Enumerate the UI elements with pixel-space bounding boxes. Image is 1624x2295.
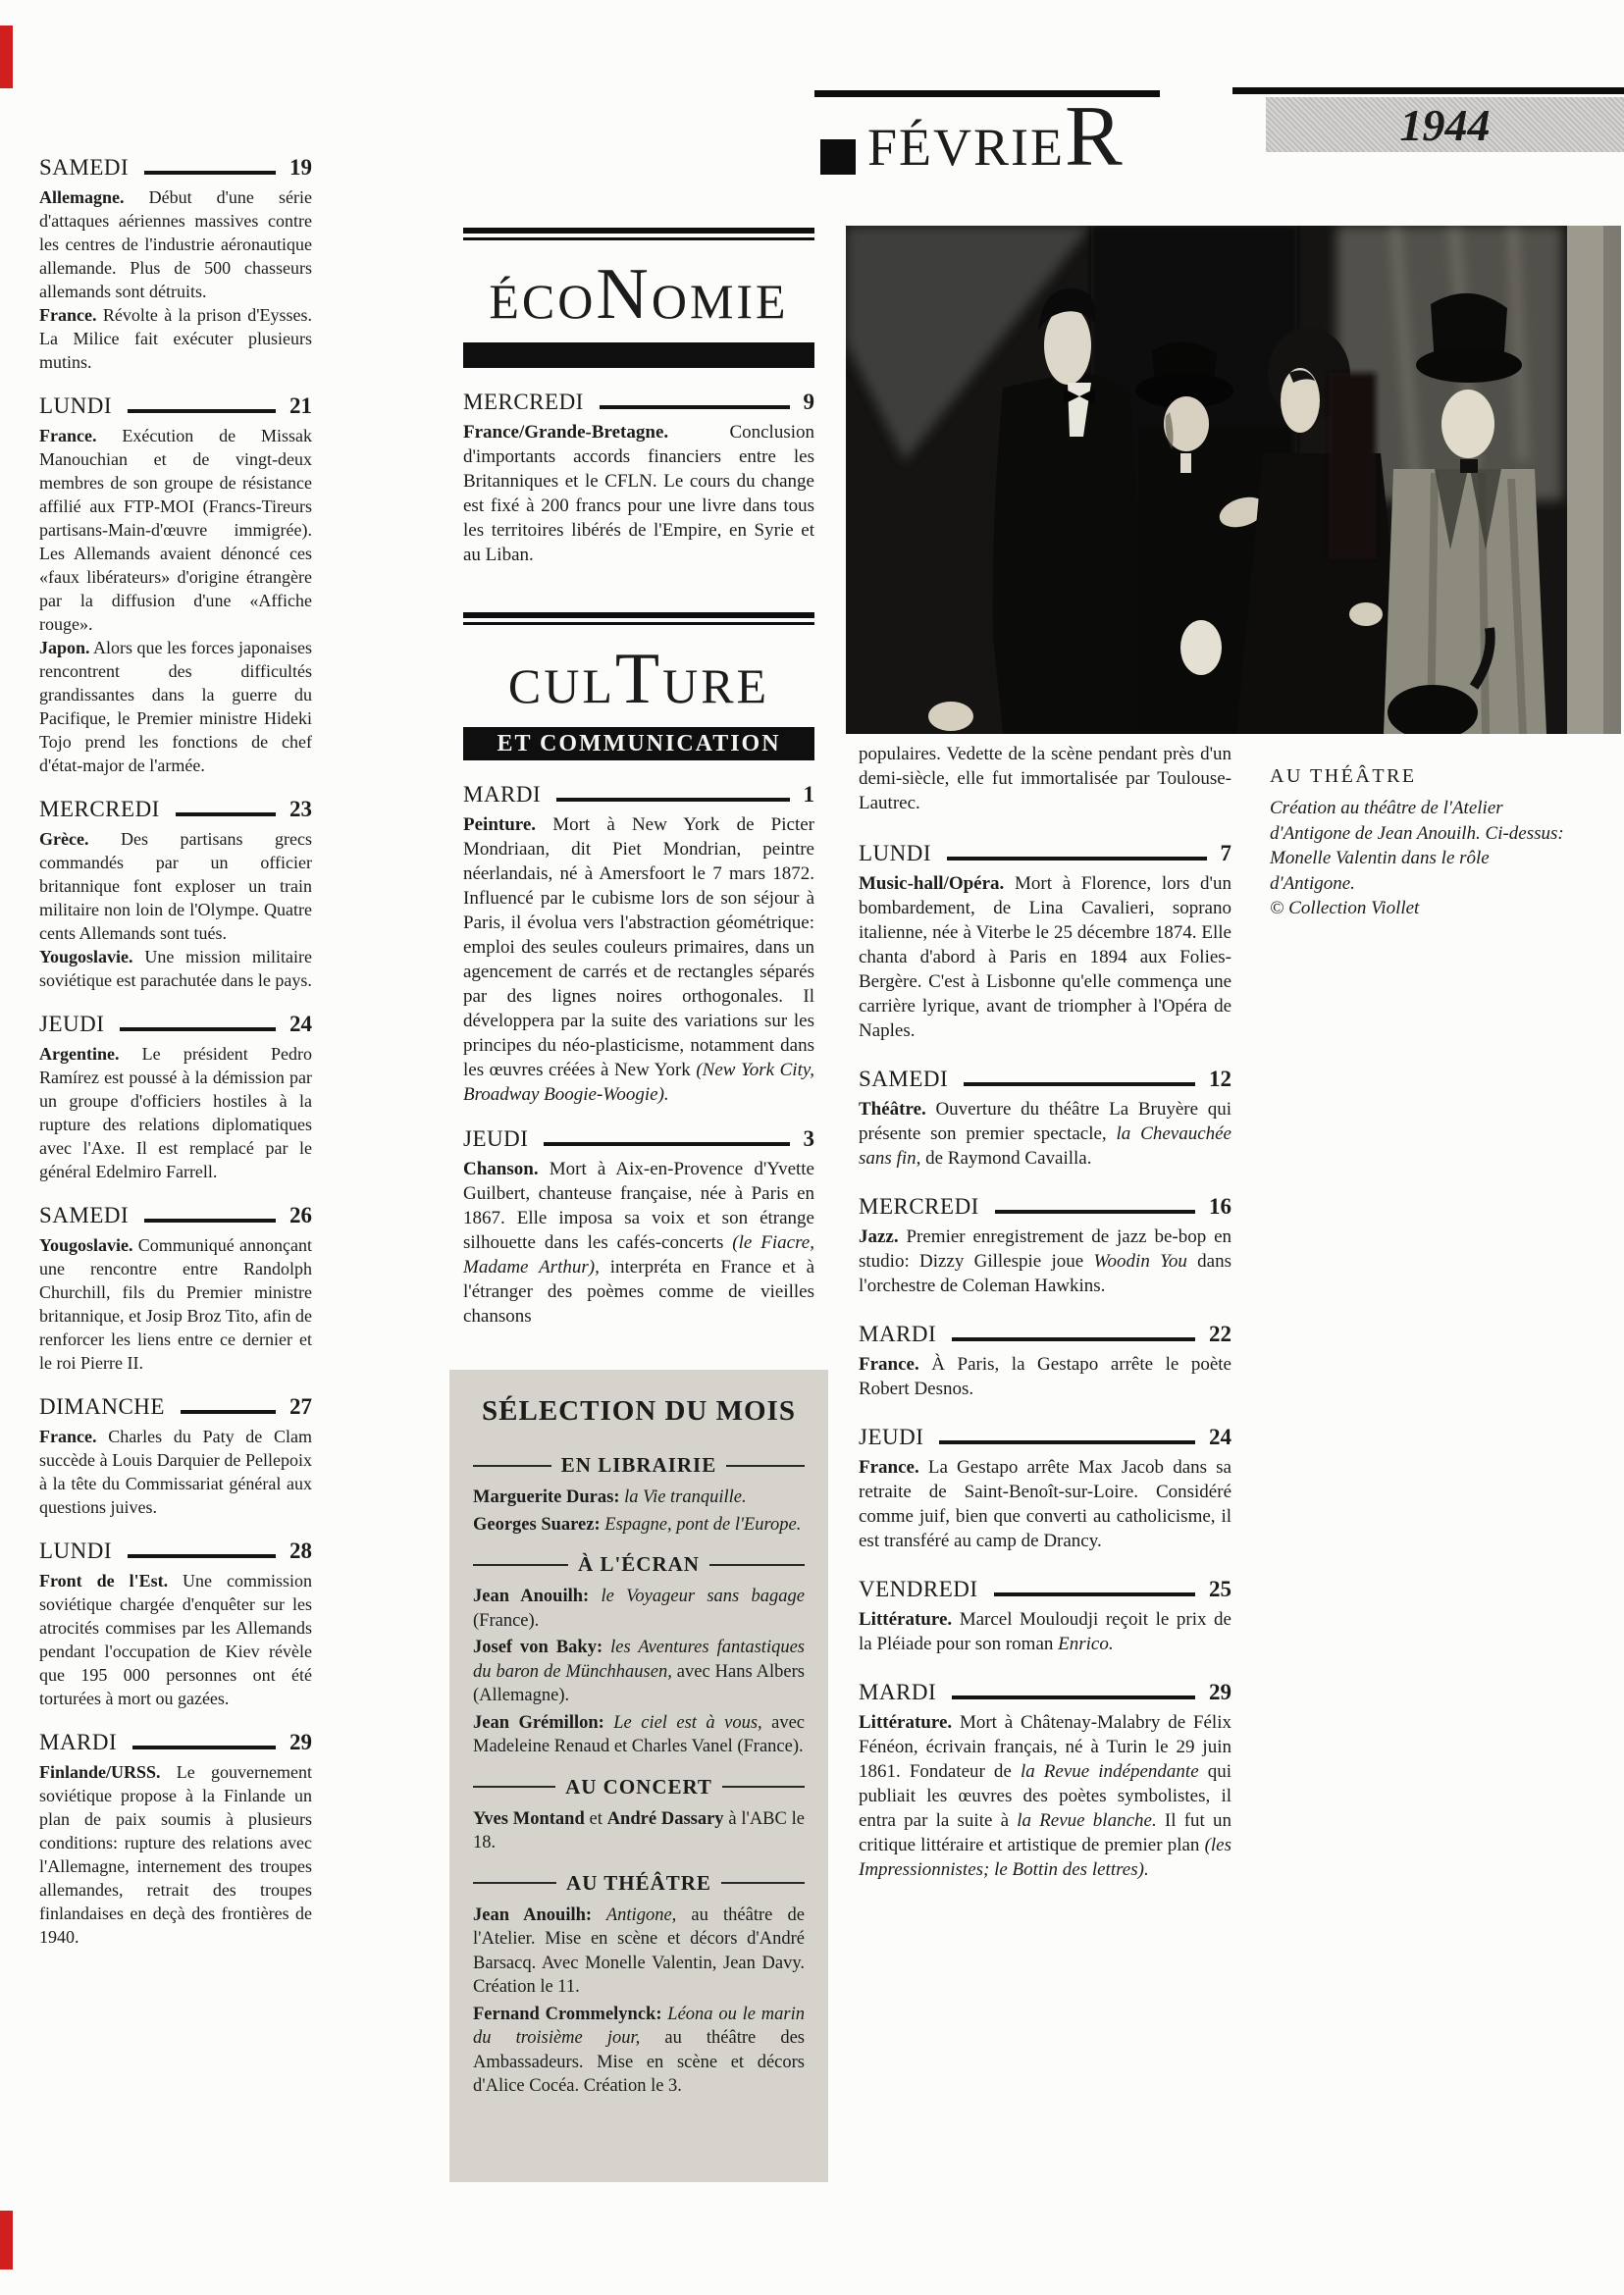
entry-head: SAMEDI19 (39, 155, 312, 181)
text-segment: Conclusion d'importants accords financie… (463, 422, 814, 565)
entry-head: MARDI29 (39, 1730, 312, 1755)
photo-caption: AU THÉÂTRE Création au théâtre de l'Atel… (1270, 765, 1570, 921)
theatre-photo-illustration (846, 226, 1621, 734)
entry-date-number: 25 (1209, 1577, 1231, 1602)
entry-rule (128, 409, 276, 413)
entry-day: SAMEDI (39, 155, 129, 181)
red-edge-mark-top (0, 26, 13, 88)
caption-credit: © Collection Viollet (1270, 896, 1570, 921)
heading-rule (726, 1465, 805, 1467)
text-segment: France. (39, 426, 96, 445)
text-segment: Théâtre. (859, 1099, 926, 1120)
calendar-entry: MARDI1Peinture. Mort à New York de Picte… (463, 782, 814, 1107)
paragraph: Argentine. Le président Pedro Ramírez es… (39, 1042, 312, 1183)
text-segment: Enrico. (1058, 1634, 1113, 1654)
entry-list: MARDI1Peinture. Mort à New York de Picte… (463, 782, 814, 1329)
text-segment: Yougoslavie. (39, 1235, 133, 1255)
text-segment: Finlande/URSS. (39, 1762, 161, 1782)
paragraph: France. La Gestapo arrête Max Jacob dans… (859, 1455, 1231, 1553)
entry-date-number: 3 (804, 1126, 815, 1152)
calendar-entry: JEUDI24France. La Gestapo arrête Max Jac… (859, 1425, 1231, 1553)
selection-section-heading: AU CONCERT (473, 1775, 805, 1799)
calendar-entry: LUNDI7Music-hall/Opéra. Mort à Florence,… (859, 841, 1231, 1043)
paragraph: France. À Paris, la Gestapo arrête le po… (859, 1352, 1231, 1401)
entry-rule (964, 1082, 1195, 1086)
heading-rule (721, 1882, 805, 1884)
paragraph: France. Charles du Paty de Clam succède … (39, 1425, 312, 1519)
text-segment: la Revue indépendante (1021, 1761, 1199, 1782)
entry-rule (128, 1554, 276, 1558)
entry-date-number: 27 (289, 1394, 312, 1420)
entry-date-number: 24 (1209, 1425, 1231, 1450)
text-segment: Communiqué annonçant une rencontre entre… (39, 1235, 312, 1373)
selection-title: SÉLECTION DU MOIS (473, 1395, 805, 1428)
text-segment: Josef von Baky: (473, 1638, 602, 1657)
paragraph: Front de l'Est. Une commission soviétiqu… (39, 1569, 312, 1710)
text-segment: Yves Montand (473, 1809, 585, 1829)
entry-head: MARDI22 (859, 1322, 1231, 1347)
text-segment: Antigone, (592, 1905, 676, 1925)
paragraph: Jean Grémillon: Le ciel est à vous, avec… (473, 1711, 805, 1759)
heading-rule (722, 1786, 805, 1788)
entry-head: SAMEDI26 (39, 1203, 312, 1228)
text-segment: Littérature. (859, 1609, 952, 1630)
entry-date-number: 21 (289, 393, 312, 419)
entry-date-number: 29 (289, 1730, 312, 1755)
entry-head: JEUDI24 (39, 1012, 312, 1037)
text-segment: Création au théâtre de l'Atelier d'Antig… (1270, 798, 1564, 894)
entry-date-number: 29 (1209, 1680, 1231, 1705)
entry-head: LUNDI21 (39, 393, 312, 419)
caption-heading: AU THÉÂTRE (1270, 765, 1570, 788)
economie-section-header: ÉCONOMIE (463, 228, 814, 368)
continuation-paragraph: populaires. Vedette de la scène pendant … (859, 742, 1231, 815)
caption-text: Création au théâtre de l'Atelier d'Antig… (1270, 796, 1570, 896)
text-segment: Japon. (39, 638, 90, 657)
month-title: FÉVRIE R (820, 94, 1123, 181)
red-edge-mark-bottom (0, 2211, 13, 2269)
text-segment: Marguerite Duras: (473, 1487, 620, 1507)
entry-date-number: 26 (289, 1203, 312, 1228)
paragraph: Littérature. Mort à Châtenay-Malabry de … (859, 1710, 1231, 1882)
text-segment: Yougoslavie. (39, 947, 133, 966)
calendar-entry: LUNDI21France. Exécution de Missak Manou… (39, 393, 312, 777)
text-segment: Woodin You (1093, 1251, 1186, 1272)
paragraph: Marguerite Duras: la Vie tranquille. (473, 1486, 805, 1510)
calendar-entry: MERCREDI9France/Grande-Bretagne. Conclus… (463, 390, 814, 567)
paragraph: Yougoslavie. Communiqué annonçant une re… (39, 1233, 312, 1375)
entry-date-number: 19 (289, 155, 312, 181)
entry-day: JEUDI (859, 1425, 923, 1450)
entry-date-number: 7 (1221, 841, 1232, 866)
entry-head: MERCREDI9 (463, 390, 814, 415)
month-name-big-letter: R (1065, 94, 1123, 181)
text-segment: France/Grande-Bretagne. (463, 422, 668, 443)
text-segment: (France). (473, 1611, 539, 1631)
calendar-entry: SAMEDI19Allemagne. Début d'une série d'a… (39, 155, 312, 374)
heading-label: À L'ÉCRAN (578, 1552, 700, 1577)
paragraph: Fernand Crommelynck: Léona ou le marin d… (473, 2003, 805, 2099)
heading-rule (709, 1564, 805, 1566)
entry-head: LUNDI28 (39, 1539, 312, 1564)
calendar-entry: JEUDI3Chanson. Mort à Aix-en-Provence d'… (463, 1126, 814, 1329)
paragraph: Peinture. Mort à New York de Picter Mond… (463, 812, 814, 1107)
entry-day: SAMEDI (39, 1203, 129, 1228)
heading-rule (473, 1564, 568, 1566)
entry-day: MARDI (859, 1322, 936, 1347)
text-segment: France. (859, 1457, 919, 1478)
text-segment: Mort à Florence, lors d'un bombardement,… (859, 873, 1231, 1041)
text-segment: la Revue blanche. (1017, 1810, 1156, 1831)
entry-date-number: 28 (289, 1539, 312, 1564)
calendar-entry: LUNDI28Front de l'Est. Une commission so… (39, 1539, 312, 1710)
entry-date-number: 9 (804, 390, 815, 415)
text-segment: © Collection Viollet (1270, 898, 1419, 918)
calendar-entry: SAMEDI12Théâtre. Ouverture du théâtre La… (859, 1067, 1231, 1171)
text-segment: Fernand Crommelynck: (473, 2005, 662, 2024)
entry-head: JEUDI3 (463, 1126, 814, 1152)
entry-rule (939, 1440, 1195, 1444)
header-rule-right (1232, 87, 1624, 94)
entry-head: MARDI1 (463, 782, 814, 808)
calendar-entry: JEUDI24Argentine. Le président Pedro Ram… (39, 1012, 312, 1183)
entry-day: JEUDI (463, 1126, 528, 1152)
entry-rule (556, 798, 789, 802)
double-rule (463, 228, 814, 240)
text-segment: Argentine. (39, 1044, 119, 1064)
text-segment: France. (39, 305, 96, 325)
entry-head: LUNDI7 (859, 841, 1231, 866)
entry-date-number: 23 (289, 797, 312, 822)
paragraph: France. Révolte à la prison d'Eysses. La… (39, 303, 312, 374)
text-segment: France. (859, 1354, 919, 1375)
entry-day: MARDI (463, 782, 541, 808)
calendar-entry: MARDI22France. À Paris, la Gestapo arrêt… (859, 1322, 1231, 1401)
text-segment: France. (39, 1427, 96, 1446)
calendar-entry: MARDI29Littérature. Mort à Châtenay-Mala… (859, 1680, 1231, 1882)
selection-section-heading: EN LIBRAIRIE (473, 1453, 805, 1478)
heading-rule (473, 1882, 556, 1884)
calendar-entry: DIMANCHE27France. Charles du Paty de Cla… (39, 1394, 312, 1519)
text-segment: Music-hall/Opéra. (859, 873, 1004, 894)
text-segment: Le ciel est à vous, (604, 1713, 762, 1733)
square-bullet-icon (820, 139, 856, 175)
selection-sections: EN LIBRAIRIEMarguerite Duras: la Vie tra… (473, 1453, 805, 2099)
text-segment: Jazz. (859, 1226, 899, 1247)
entry-day: SAMEDI (859, 1067, 948, 1092)
entry-head: DIMANCHE27 (39, 1394, 312, 1420)
selection-section: AU CONCERTYves Montand et André Dassary … (473, 1775, 805, 1855)
heading-label: AU THÉÂTRE (566, 1871, 711, 1896)
text-segment: et (585, 1809, 607, 1829)
entry-list: LUNDI7Music-hall/Opéra. Mort à Florence,… (859, 841, 1231, 1882)
calendar-entry: MERCREDI16Jazz. Premier enregistrement d… (859, 1194, 1231, 1298)
selection-section: AU THÉÂTREJean Anouilh: Antigone, au thé… (473, 1871, 805, 2099)
text-segment: de Raymond Cavailla. (920, 1148, 1091, 1169)
entry-rule (952, 1695, 1195, 1699)
text-segment: Alors que les forces japonaises rencontr… (39, 638, 312, 775)
month-name: FÉVRIE (867, 121, 1065, 174)
middle-column: ÉCONOMIE MERCREDI9France/Grande-Bretagne… (463, 155, 814, 2182)
entry-rule (120, 1027, 276, 1031)
culture-section-header: CULTURE ET COMMUNICATION (463, 612, 814, 760)
paragraph: France/Grande-Bretagne. Conclusion d'imp… (463, 420, 814, 567)
text-segment: Littérature. (859, 1712, 952, 1733)
paragraph: Yougoslavie. Une mission militaire sovié… (39, 945, 312, 992)
text-segment: André Dassary (607, 1809, 724, 1829)
heading-rule (473, 1786, 555, 1788)
entry-head: VENDREDI25 (859, 1577, 1231, 1602)
entry-day: LUNDI (39, 1539, 112, 1564)
entry-day: MERCREDI (39, 797, 160, 822)
entry-date-number: 22 (1209, 1322, 1231, 1347)
text-segment: Jean Anouilh: (473, 1587, 589, 1606)
paragraph: Chanson. Mort à Aix-en-Provence d'Yvette… (463, 1157, 814, 1329)
calendar-entry: MERCREDI23Grèce. Des partisans grecs com… (39, 797, 312, 992)
entry-day: JEUDI (39, 1012, 104, 1037)
text-segment: Allemagne. (39, 187, 124, 207)
entry-head: MERCREDI23 (39, 797, 312, 822)
selection-section-heading: AU THÉÂTRE (473, 1871, 805, 1896)
selection-section: EN LIBRAIRIEMarguerite Duras: la Vie tra… (473, 1453, 805, 1537)
paragraph: Jean Anouilh: Antigone, au théâtre de l'… (473, 1904, 805, 2000)
theatre-photograph (846, 226, 1621, 734)
selection-section-heading: À L'ÉCRAN (473, 1552, 805, 1577)
entry-head: SAMEDI12 (859, 1067, 1231, 1092)
paragraph: Jean Anouilh: le Voyageur sans bagage (F… (473, 1585, 805, 1633)
paragraph: Grèce. Des partisans grecs commandés par… (39, 827, 312, 945)
paragraph: Allemagne. Début d'une série d'attaques … (39, 185, 312, 303)
entry-date-number: 16 (1209, 1194, 1231, 1220)
text-segment: Mort à New York de Picter Mondriaan, dit… (463, 814, 814, 1080)
selection-du-mois-box: SÉLECTION DU MOIS EN LIBRAIRIEMarguerite… (449, 1370, 828, 2182)
calendar-entry: VENDREDI25Littérature. Marcel Mouloudji … (859, 1577, 1231, 1656)
text-segment: populaires. Vedette de la scène pendant … (859, 744, 1231, 813)
culture-title: CULTURE (463, 625, 814, 723)
entry-day: LUNDI (39, 393, 112, 419)
entry-day: LUNDI (859, 841, 931, 866)
entry-day: MERCREDI (463, 390, 584, 415)
text-segment: Chanson. (463, 1159, 539, 1179)
text-segment: Grèce. (39, 829, 88, 849)
entry-list: MERCREDI9France/Grande-Bretagne. Conclus… (463, 390, 814, 567)
entry-rule (144, 1219, 276, 1223)
paragraph: Finlande/URSS. Le gouvernement soviétiqu… (39, 1760, 312, 1949)
calendar-entry: SAMEDI26Yougoslavie. Communiqué annonçan… (39, 1203, 312, 1375)
double-rule (463, 612, 814, 625)
entry-rule (952, 1337, 1195, 1341)
left-column: SAMEDI19Allemagne. Début d'une série d'a… (39, 155, 312, 1968)
text-segment: Georges Suarez: (473, 1515, 601, 1535)
paragraph: Jazz. Premier enregistrement de jazz be-… (859, 1225, 1231, 1298)
paragraph: Georges Suarez: Espagne, pont de l'Europ… (473, 1513, 805, 1538)
paragraph: Théâtre. Ouverture du théâtre La Bruyère… (859, 1097, 1231, 1171)
economie-title: ÉCONOMIE (463, 240, 814, 339)
entry-rule (181, 1410, 276, 1414)
entry-day: DIMANCHE (39, 1394, 165, 1420)
paragraph: Josef von Baky: les Aventures fantastiqu… (473, 1636, 805, 1708)
entry-rule (176, 812, 276, 816)
entry-rule (947, 857, 1206, 861)
paragraph: Japon. Alors que les forces japonaises r… (39, 636, 312, 777)
paragraph: Music-hall/Opéra. Mort à Florence, lors … (859, 871, 1231, 1043)
heading-rule (473, 1465, 551, 1467)
selection-section: À L'ÉCRANJean Anouilh: le Voyageur sans … (473, 1552, 805, 1759)
text-segment: Front de l'Est. (39, 1571, 168, 1591)
entry-day: MARDI (859, 1680, 936, 1705)
year-label: 1944 (1400, 99, 1491, 151)
entry-rule (994, 1592, 1195, 1596)
text-segment: Jean Grémillon: (473, 1713, 604, 1733)
entry-rule (144, 171, 276, 175)
text-segment: la Vie tranquille. (620, 1487, 747, 1507)
text-segment: Le gouvernement soviétique propose à la … (39, 1762, 312, 1947)
text-segment: Une commission soviétique chargée d'enqu… (39, 1571, 312, 1708)
year-box: 1944 (1266, 97, 1624, 152)
culture-subtitle-bar: ET COMMUNICATION (463, 727, 814, 760)
paragraph: Littérature. Marcel Mouloudji reçoit le … (859, 1607, 1231, 1656)
entry-date-number: 1 (804, 782, 815, 808)
magazine-page: { "page": { "month_pre": "FÉVRIE", "mont… (0, 0, 1624, 2295)
black-bar (463, 342, 814, 368)
text-segment: Exécution de Missak Manouchian et de vin… (39, 426, 312, 634)
entry-rule (600, 405, 790, 409)
entry-list: SAMEDI19Allemagne. Début d'une série d'a… (39, 155, 312, 1949)
text-segment: Espagne, pont de l'Europe. (601, 1515, 802, 1535)
text-segment: le Voyageur sans bagage (589, 1587, 805, 1606)
entry-day: VENDREDI (859, 1577, 978, 1602)
entry-rule (544, 1142, 789, 1146)
calendar-entry: MARDI29Finlande/URSS. Le gouvernement so… (39, 1730, 312, 1949)
entry-head: MARDI29 (859, 1680, 1231, 1705)
entry-head: JEUDI24 (859, 1425, 1231, 1450)
entry-day: MERCREDI (859, 1194, 979, 1220)
entry-rule (995, 1210, 1195, 1214)
entry-date-number: 12 (1209, 1067, 1231, 1092)
heading-label: AU CONCERT (565, 1775, 712, 1799)
paragraph: Yves Montand et André Dassary à l'ABC le… (473, 1807, 805, 1855)
entry-rule (132, 1746, 276, 1749)
paragraph: France. Exécution de Missak Manouchian e… (39, 424, 312, 636)
heading-label: EN LIBRAIRIE (561, 1453, 716, 1478)
right-column: populaires. Vedette de la scène pendant … (859, 742, 1231, 1905)
text-segment: Le président Pedro Ramírez est poussé à … (39, 1044, 312, 1181)
entry-date-number: 24 (289, 1012, 312, 1037)
text-segment: Jean Anouilh: (473, 1905, 592, 1925)
entry-day: MARDI (39, 1730, 117, 1755)
entry-head: MERCREDI16 (859, 1194, 1231, 1220)
text-segment: Peinture. (463, 814, 536, 835)
